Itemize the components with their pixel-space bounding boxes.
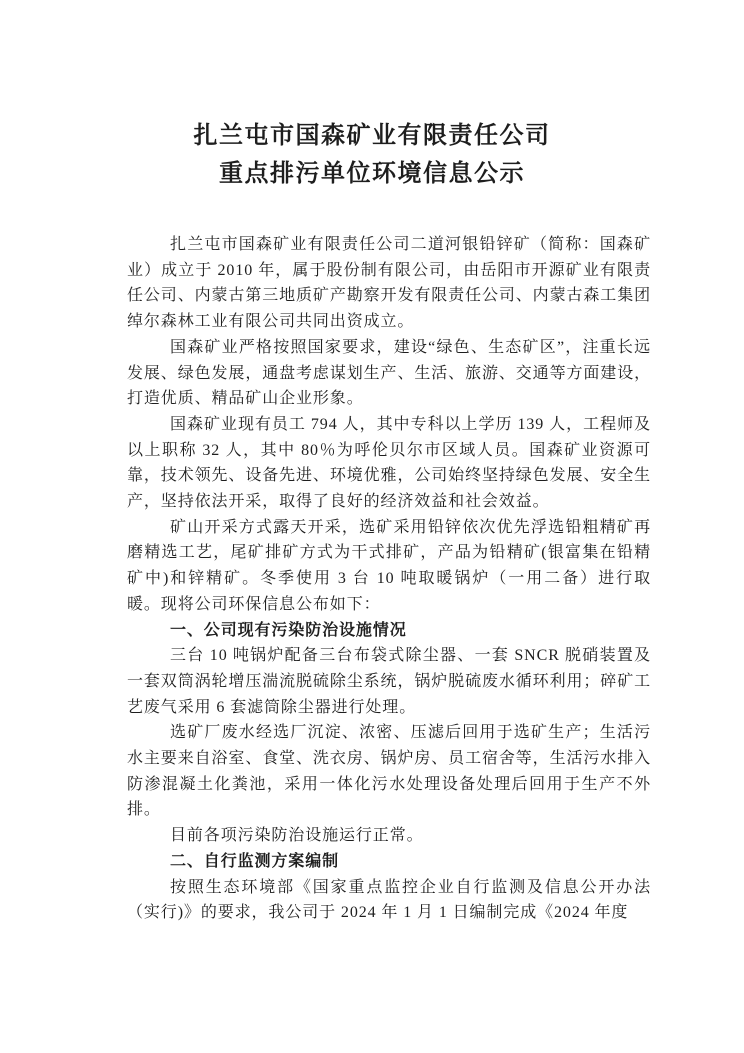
- document-page: 扎兰屯市国森矿业有限责任公司 重点排污单位环境信息公示 扎兰屯市国森矿业有限责任…: [0, 0, 744, 1053]
- section-heading-pollution-control: 一、公司现有污染防治设施情况: [127, 618, 651, 644]
- paragraph-company-founding: 扎兰屯市国森矿业有限责任公司二道河银铅锌矿（简称：国森矿业）成立于 2010 年…: [127, 232, 651, 335]
- paragraph-green-mine: 国森矿业严格按照国家要求，建设“绿色、生态矿区”，注重长远发展、绿色发展，通盘考…: [127, 335, 651, 412]
- document-body: 扎兰屯市国森矿业有限责任公司二道河银铅锌矿（简称：国森矿业）成立于 2010 年…: [0, 232, 744, 926]
- paragraph-mining-process: 矿山开采方式露天开采，选矿采用铅锌依次优先浮选铅粗精矿再磨精选工艺，尾矿排矿方式…: [127, 515, 651, 618]
- paragraph-monitoring-plan: 按照生态环境部《国家重点监控企业自行监测及信息公开办法（实行)》的要求，我公司于…: [127, 875, 651, 926]
- paragraph-facility-status: 目前各项污染防治设施运行正常。: [127, 823, 651, 849]
- section-heading-self-monitoring: 二、自行监测方案编制: [127, 849, 651, 875]
- paragraph-staff-statistics: 国森矿业现有员工 794 人，其中专科以上学历 139 人，工程师及以上职称 3…: [127, 412, 651, 515]
- document-title: 扎兰屯市国森矿业有限责任公司 重点排污单位环境信息公示: [0, 0, 744, 193]
- paragraph-boiler-dedusting: 三台 10 吨锅炉配备三台布袋式除尘器、一套 SNCR 脱硝装置及一套双筒涡轮增…: [127, 643, 651, 720]
- document-title-line-1: 扎兰屯市国森矿业有限责任公司: [0, 117, 744, 155]
- paragraph-wastewater-treatment: 选矿厂废水经选厂沉淀、浓密、压滤后回用于选矿生产；生活污水主要来自浴室、食堂、洗…: [127, 720, 651, 823]
- document-title-line-2: 重点排污单位环境信息公示: [0, 155, 744, 193]
